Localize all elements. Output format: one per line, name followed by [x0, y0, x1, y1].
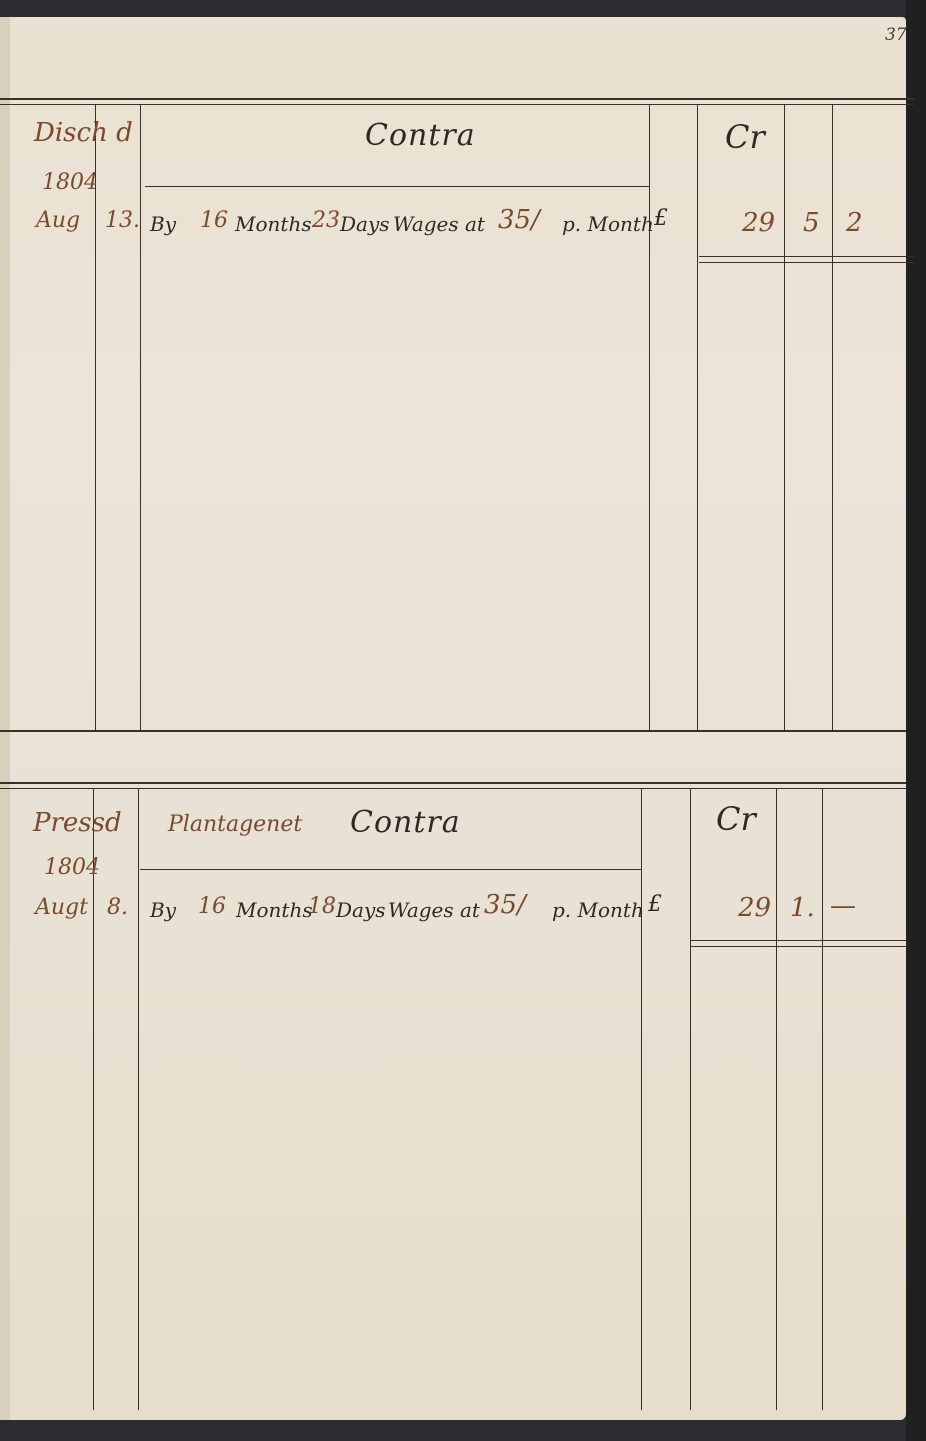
- entry-name-label: Disch d: [34, 118, 133, 148]
- column-header-contra: Contra: [350, 805, 461, 840]
- desc-months-count: 16: [198, 894, 226, 919]
- top-rule: [0, 98, 914, 100]
- page-number: 37: [885, 25, 907, 45]
- amount-pounds: 29: [738, 893, 771, 923]
- desc-days-word: Days: [336, 898, 386, 922]
- entry-day: 13.: [105, 208, 140, 233]
- col-divider-day: [138, 788, 139, 1410]
- ship-name: Plantagenet: [168, 812, 302, 837]
- header-separator: [140, 869, 642, 870]
- col-divider-pence: [832, 104, 833, 730]
- desc-months-word: Months: [235, 212, 312, 236]
- col-divider-pence: [822, 788, 823, 1410]
- entry-month: Augt: [35, 895, 88, 920]
- col-divider-date: [93, 788, 94, 1410]
- entry-name-label: Pressd: [33, 808, 122, 838]
- top-rule-inner: [0, 788, 906, 789]
- col-divider-shillings: [784, 104, 785, 730]
- col-divider-day: [140, 104, 141, 730]
- col-divider-folio: [641, 788, 642, 1410]
- desc-days-count: 23: [312, 208, 340, 233]
- desc-per-month: p. Month: [562, 212, 654, 236]
- col-divider-pounds: [697, 104, 698, 730]
- side-header-cr: Cr: [725, 118, 765, 156]
- entry-year: 1804: [44, 855, 100, 880]
- total-rule-inner: [699, 262, 914, 263]
- col-divider-date: [95, 104, 96, 730]
- desc-by: By: [150, 212, 176, 236]
- desc-rate: 35/: [484, 890, 526, 920]
- col-divider-folio: [649, 104, 650, 730]
- currency-symbol: £: [648, 892, 662, 917]
- page-edge: [906, 0, 926, 1441]
- desc-months-word: Months: [236, 898, 313, 922]
- total-rule: [691, 940, 906, 941]
- desc-rate: 35/: [498, 205, 540, 235]
- total-rule-inner: [691, 946, 906, 947]
- desc-wages-phrase: Wages at: [388, 898, 480, 922]
- col-divider-pounds: [690, 788, 691, 1410]
- desc-by: By: [150, 898, 176, 922]
- currency-symbol: £: [654, 206, 668, 231]
- desc-months-count: 16: [200, 208, 228, 233]
- col-divider-shillings: [776, 788, 777, 1410]
- side-header-cr: Cr: [716, 800, 756, 838]
- bottom-rule: [0, 730, 906, 732]
- binding-margin: [0, 17, 10, 1420]
- entry-month: Aug: [36, 208, 80, 233]
- amount-shillings: 1.: [790, 893, 815, 923]
- entry-year: 1804: [42, 170, 98, 195]
- amount-shillings: 5: [803, 208, 820, 238]
- column-header-contra: Contra: [365, 118, 476, 153]
- total-rule: [699, 256, 914, 257]
- entry-day: 8.: [107, 895, 128, 920]
- desc-days-count: 18: [308, 894, 336, 919]
- desc-wages-phrase: Wages at: [393, 212, 485, 236]
- desc-per-month: p. Month: [552, 898, 644, 922]
- header-separator: [145, 186, 650, 187]
- amount-pence: 2: [846, 208, 863, 238]
- amount-pence: —: [830, 891, 856, 921]
- amount-pounds: 29: [742, 208, 775, 238]
- desc-days-word: Days: [340, 212, 390, 236]
- top-rule-inner: [0, 104, 914, 105]
- top-rule: [0, 782, 906, 784]
